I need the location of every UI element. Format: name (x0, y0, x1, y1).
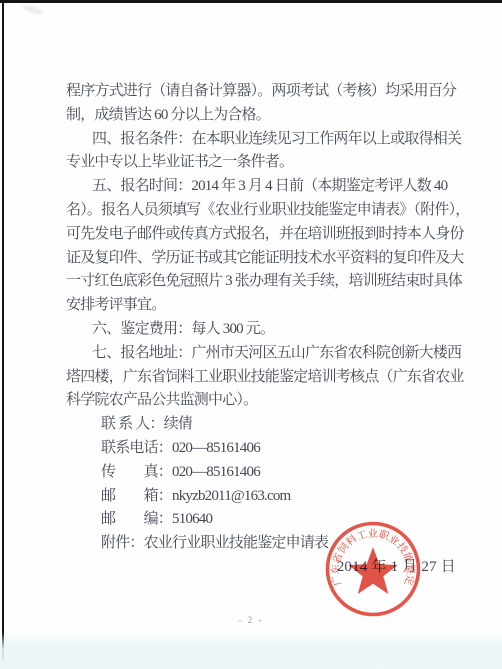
scan-edge-top (0, 0, 502, 3)
doc-line: 证及复印件、学历证书或其它能证明技术水平资料的复印件及大 (66, 247, 456, 271)
contact-fax-line: 传 真：020—85161406 (66, 461, 456, 485)
contact-person-line: 联 系 人：续倩 (66, 413, 456, 437)
doc-line: 制，成绩皆达 60 分以上为合格。 (66, 104, 456, 128)
doc-line: 一寸红色底彩色免冠照片 3 张办理有关手续，培训班结束时具体 (66, 270, 456, 294)
doc-line: 四、报名条件：在本职业连续见习工作两年以上或取得相关 (66, 128, 456, 152)
doc-line: 五、报名时间：2014 年 3 月 4 日前（本期鉴定考评人数 40 (66, 175, 456, 199)
page-number: - 2 - (0, 615, 502, 625)
seal-arc-text: 广东省饲料工业职业技能鉴定站 (295, 496, 417, 587)
scan-edge-left (2, 0, 4, 661)
doc-line: 塔四楼，广东省饲料工业职业技能鉴定培训考核点（广东省农业 (66, 366, 456, 390)
scanned-document-page: 程序方式进行（请自备计算器）。两项考试（考核）均采用百分 制，成绩皆达 60 分… (0, 0, 502, 669)
doc-line: 科学院农产品公共监测中心）。 (66, 389, 456, 413)
star-icon (348, 547, 397, 594)
doc-line: 六、鉴定费用：每人 300 元。 (66, 318, 456, 342)
doc-line: 可先发电子邮件或传真方式报名，并在培训班报到时持本人身份 (66, 223, 456, 247)
contact-phone-line: 联系电话：020—85161406 (66, 437, 456, 461)
doc-line: 七、报名地址：广州市天河区五山广东省农科院创新大楼西 (66, 342, 456, 366)
doc-line: 程序方式进行（请自备计算器）。两项考试（考核）均采用百分 (66, 80, 456, 104)
doc-line: 名）。报名人员须填写《农业行业职业技能鉴定申请表》（附件）， (66, 199, 456, 223)
doc-line: 安排考评事宜。 (66, 294, 456, 318)
doc-line: 专业中专以上毕业证书之一条件者。 (66, 151, 456, 175)
scan-smudge (22, 4, 45, 17)
